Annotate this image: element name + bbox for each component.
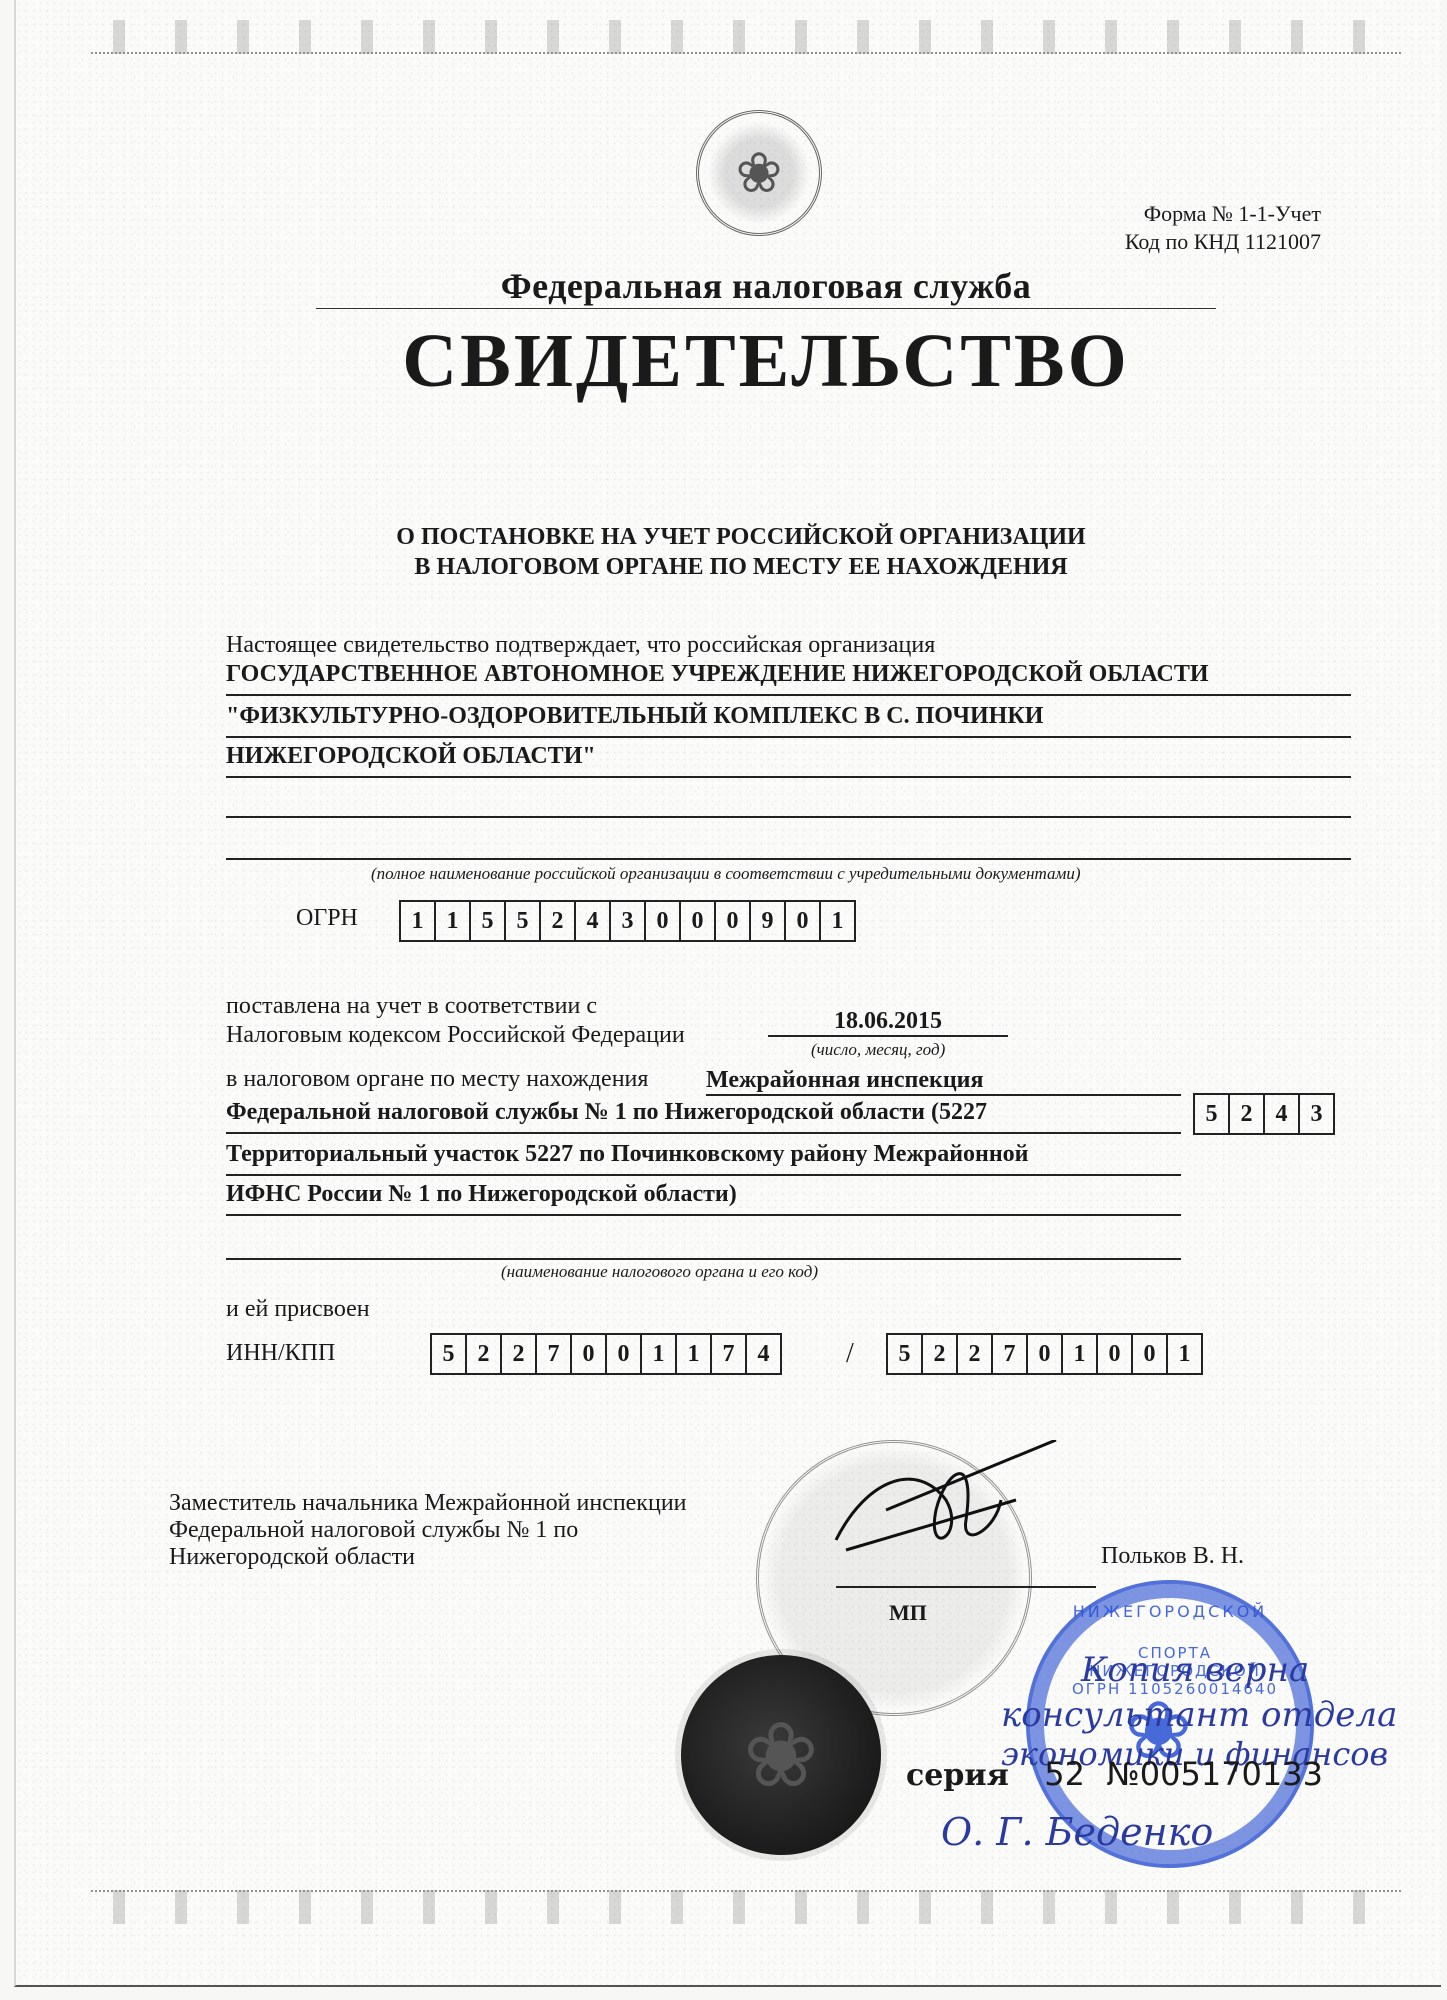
authority-code-digit-cell: 5: [1195, 1095, 1230, 1133]
form-code-block: Форма № 1-1-Учет Код по КНД 1121007: [1125, 200, 1321, 256]
authority-line: Территориальный участок 5227 по Починков…: [226, 1136, 1181, 1176]
organization-name-line: НИЖЕГОРОДСКОЙ ОБЛАСТИ": [226, 738, 1351, 778]
series-label: серия: [906, 1758, 1009, 1793]
certificate-title: СВИДЕТЕЛЬСТВО: [316, 318, 1216, 405]
signatory-position-line: Заместитель начальника Межрайонной инспе…: [169, 1490, 687, 1517]
certificate-number: №005170133: [1106, 1755, 1323, 1793]
inn-digit-cell: 0: [607, 1335, 642, 1373]
seal-label: МП: [889, 1600, 927, 1626]
registration-line1: поставлена на учет в соответствии с: [226, 993, 597, 1020]
kpp-digit-cell: 2: [923, 1335, 958, 1373]
ogrn-digit-cell: 0: [681, 902, 716, 940]
ogrn-digit-cell: 1: [436, 902, 471, 940]
agency-divider: [316, 308, 1216, 309]
inn-digit-cell: 2: [467, 1335, 502, 1373]
organization-name-line: [226, 820, 1351, 860]
certificate-sheet: ❀ Форма № 1-1-Учет Код по КНД 1121007 Фе…: [14, 0, 1441, 1987]
inn-digit-cell: 4: [747, 1335, 780, 1373]
kpp-digit-cell: 0: [1028, 1335, 1063, 1373]
authority-code-cells: 5243: [1193, 1093, 1335, 1135]
ogrn-label: ОГРН: [296, 905, 358, 932]
ogrn-cells: 1155243000901: [399, 900, 856, 942]
ogrn-digit-cell: 1: [821, 902, 854, 940]
bottom-ornament-border: [91, 1890, 1401, 1924]
subtitle-line: В НАЛОГОВОМ ОРГАНЕ ПО МЕСТУ ЕЕ НАХОЖДЕНИ…: [266, 552, 1216, 582]
kpp-digit-cell: 2: [958, 1335, 993, 1373]
ogrn-digit-cell: 9: [751, 902, 786, 940]
stamp-ring-text: НИЖЕГОРОДСКОЙ: [1060, 1602, 1280, 1621]
registration-date: 18.06.2015: [768, 1008, 1008, 1037]
authority-caption: (наименование налогового органа и его ко…: [501, 1262, 818, 1282]
organization-name-caption: (полное наименование российской организа…: [371, 864, 1081, 884]
authority-line: [226, 1220, 1181, 1260]
organization-name-line: [226, 778, 1351, 818]
ogrn-digit-cell: 0: [716, 902, 751, 940]
series-value: 52: [1044, 1755, 1085, 1793]
authority-code-digit-cell: 4: [1265, 1095, 1300, 1133]
handwritten-signature-name: О. Г. Беденко: [941, 1810, 1213, 1854]
kpp-digit-cell: 7: [993, 1335, 1028, 1373]
kpp-digit-cell: 0: [1133, 1335, 1168, 1373]
signatory-name: Польков В. Н.: [1101, 1543, 1244, 1570]
kpp-digit-cell: 5: [888, 1335, 923, 1373]
ogrn-digit-cell: 2: [541, 902, 576, 940]
inn-digit-cell: 2: [502, 1335, 537, 1373]
kpp-digit-cell: 1: [1063, 1335, 1098, 1373]
kpp-cells: 522701001: [886, 1333, 1203, 1375]
inn-cells: 5227001174: [430, 1333, 782, 1375]
ogrn-digit-cell: 0: [786, 902, 821, 940]
signatory-position-line: Нижегородской области: [169, 1544, 687, 1571]
signatory-position-line: Федеральной налоговой службы № 1 по: [169, 1517, 687, 1544]
series-number-block: серия 52 №005170133: [906, 1755, 1323, 1793]
top-ornament-border: [91, 20, 1401, 54]
ogrn-digit-cell: 3: [611, 902, 646, 940]
authority-intro: в налоговом органе по месту нахождения: [226, 1066, 648, 1093]
kpp-digit-cell: 1: [1168, 1335, 1201, 1373]
signature-line: [836, 1586, 1096, 1588]
ogrn-digit-cell: 5: [506, 902, 541, 940]
subtitle-line: О ПОСТАНОВКЕ НА УЧЕТ РОССИЙСКОЙ ОРГАНИЗА…: [266, 522, 1216, 552]
authority-code-digit-cell: 2: [1230, 1095, 1265, 1133]
inn-digit-cell: 1: [677, 1335, 712, 1373]
authority-line: Межрайонная инспекция: [706, 1066, 1181, 1096]
embossed-seal-icon: ❀: [681, 1655, 881, 1855]
assigned-label: и ей присвоен: [226, 1296, 370, 1323]
registration-date-caption: (число, месяц, год): [811, 1040, 945, 1060]
organization-name-line: ГОСУДАРСТВЕННОЕ АВТОНОМНОЕ УЧРЕЖДЕНИЕ НИ…: [226, 656, 1351, 696]
handwritten-certified-copy: Копия верна: [1081, 1650, 1309, 1690]
signatory-position: Заместитель начальника Межрайонной инспе…: [169, 1490, 687, 1571]
organization-intro: Настоящее свидетельство подтверждает, чт…: [226, 632, 935, 659]
ogrn-digit-cell: 1: [401, 902, 436, 940]
authority-line: ИФНС России № 1 по Нижегородской области…: [226, 1176, 1181, 1216]
inn-kpp-label: ИНН/КПП: [226, 1340, 335, 1367]
inn-digit-cell: 5: [432, 1335, 467, 1373]
registration-line2: Налоговым кодексом Российской Федерации: [226, 1022, 685, 1049]
inn-digit-cell: 0: [572, 1335, 607, 1373]
inn-digit-cell: 7: [537, 1335, 572, 1373]
ogrn-digit-cell: 5: [471, 902, 506, 940]
certificate-subtitle: О ПОСТАНОВКЕ НА УЧЕТ РОССИЙСКОЙ ОРГАНИЗА…: [266, 522, 1216, 582]
organization-name-line: "ФИЗКУЛЬТУРНО-ОЗДОРОВИТЕЛЬНЫЙ КОМПЛЕКС В…: [226, 698, 1351, 738]
knd-code: Код по КНД 1121007: [1125, 228, 1321, 256]
ogrn-digit-cell: 4: [576, 902, 611, 940]
ogrn-digit-cell: 0: [646, 902, 681, 940]
russian-coat-of-arms-icon: ❀: [696, 110, 822, 236]
authority-code-digit-cell: 3: [1300, 1095, 1333, 1133]
authority-line: Федеральной налоговой службы № 1 по Ниже…: [226, 1094, 1181, 1134]
form-number: Форма № 1-1-Учет: [1125, 200, 1321, 228]
official-signature: [826, 1440, 1066, 1570]
inn-digit-cell: 7: [712, 1335, 747, 1373]
agency-name: Федеральная налоговая служба: [316, 265, 1216, 307]
handwritten-position: консультант отдела: [1001, 1695, 1397, 1735]
inn-digit-cell: 1: [642, 1335, 677, 1373]
inn-kpp-separator: /: [846, 1338, 854, 1370]
kpp-digit-cell: 0: [1098, 1335, 1133, 1373]
